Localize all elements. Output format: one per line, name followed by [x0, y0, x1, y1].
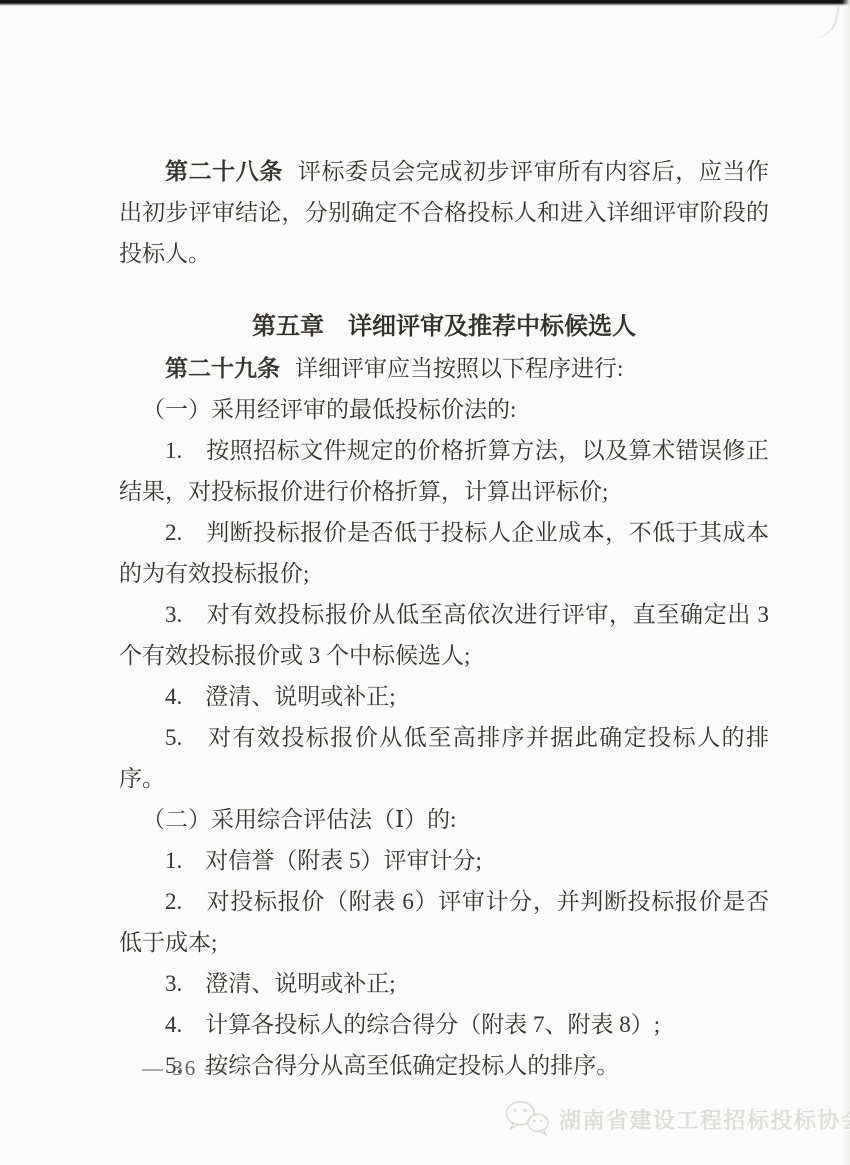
chapter-heading: 第五章 详细评审及推荐中标候选人	[119, 307, 769, 348]
list-item: 1. 按照招标文件规定的价格折算方法，以及算术错误修正结果，对投标报价进行价格折…	[119, 430, 769, 512]
watermark-text: 湖南省建设工程招标投标协会	[559, 1104, 850, 1135]
article-28-paragraph: 第二十八条评标委员会完成初步评审所有内容后，应当作出初步评审结论，分别确定不合格…	[119, 151, 769, 274]
list-item: 1. 对信誉（附表 5）评审计分;	[119, 840, 769, 881]
wechat-icon	[502, 1098, 552, 1140]
scan-right-edge	[842, 0, 850, 1165]
article-29-paragraph: 第二十九条详细评审应当按照以下程序进行:	[119, 348, 769, 389]
article-28-number: 第二十八条	[165, 159, 283, 184]
list-item: 2. 判断投标报价是否低于投标人企业成本，不低于其成本的为有效投标报价;	[119, 512, 769, 594]
article-29-number: 第二十九条	[165, 356, 280, 381]
list-item: 4. 计算各投标人的综合得分（附表 7、附表 8）;	[119, 1004, 769, 1045]
list-item-section-2: （二）采用综合评估法（Ⅰ）的:	[119, 799, 769, 840]
scan-corner-curl	[806, 2, 839, 42]
list-item: 2. 对投标报价（附表 6）评审计分，并判断投标报价是否低于成本;	[119, 881, 769, 963]
list-item: 5. 对有效投标报价从低至高排序并据此确定投标人的排序。	[119, 717, 769, 799]
list-item: 3. 澄清、说明或补正;	[119, 963, 769, 1004]
association-watermark: 湖南省建设工程招标投标协会	[502, 1098, 850, 1140]
article-29-text: 详细评审应当按照以下程序进行:	[295, 356, 623, 381]
page-number: — 36 —	[142, 1056, 228, 1081]
list-item: 4. 澄清、说明或补正;	[119, 676, 769, 717]
list-item: 3. 对有效投标报价从低至高依次进行评审，直至确定出 3 个有效投标报价或 3 …	[119, 594, 769, 676]
scanned-document-page: 第二十八条评标委员会完成初步评审所有内容后，应当作出初步评审结论，分别确定不合格…	[0, 0, 850, 1165]
scan-top-edge	[0, 0, 850, 6]
list-item-section-1: （一）采用经评审的最低投标价法的:	[119, 389, 769, 430]
document-body: 第二十八条评标委员会完成初步评审所有内容后，应当作出初步评审结论，分别确定不合格…	[119, 151, 769, 1086]
